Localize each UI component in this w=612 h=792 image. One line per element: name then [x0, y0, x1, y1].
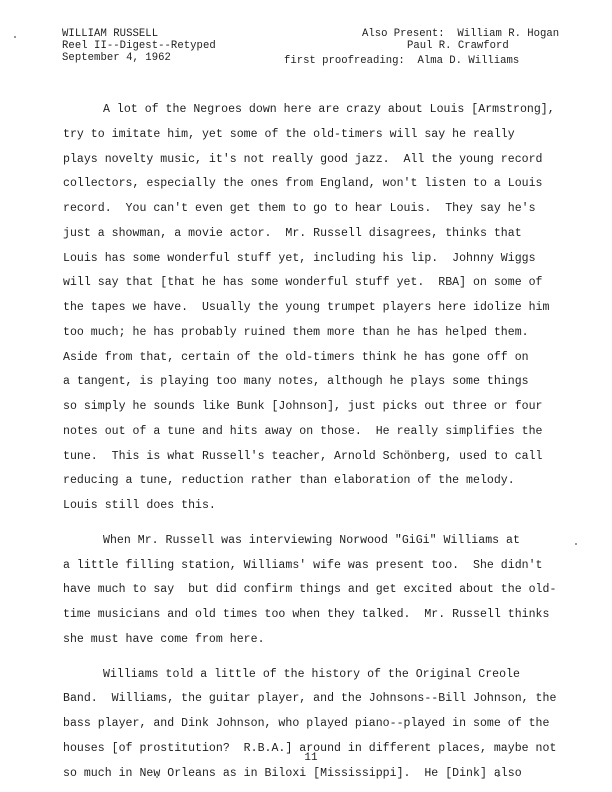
header-left-block: WILLIAM RUSSELL Reel II--Digest--Retyped… — [62, 28, 216, 65]
text-line: so simply he sounds like Bunk [Johnson],… — [63, 395, 603, 420]
text-line: Band. Williams, the guitar player, and t… — [63, 687, 603, 712]
text-line: Louis has some wonderful stuff yet, incl… — [63, 247, 603, 272]
text-line: have much to say but did confirm things … — [63, 578, 603, 603]
text-line: a little filling station, Williams' wife… — [63, 554, 603, 579]
page-number: 11 — [0, 752, 612, 764]
header-interviewee: WILLIAM RUSSELL — [62, 28, 216, 40]
paragraph: Williams told a little of the history of… — [63, 663, 603, 787]
header-date: September 4, 1962 — [62, 52, 216, 64]
text-line: Williams told a little of the history of… — [63, 663, 603, 688]
text-line: plays novelty music, it's not really goo… — [63, 148, 603, 173]
document-page: WILLIAM RUSSELL Reel II--Digest--Retyped… — [0, 0, 612, 792]
scan-speck — [14, 36, 16, 38]
text-line: record. You can't even get them to go to… — [63, 197, 603, 222]
scan-speck — [156, 776, 158, 778]
paragraph-gap — [63, 519, 603, 529]
scan-speck — [575, 543, 577, 545]
text-line: collectors, especially the ones from Eng… — [63, 172, 603, 197]
header-also-present-2: Paul R. Crawford — [407, 40, 509, 52]
text-line: notes out of a tune and hits away on tho… — [63, 420, 603, 445]
paragraph: A lot of the Negroes down here are crazy… — [63, 98, 603, 519]
text-line: try to imitate him, yet some of the old-… — [63, 123, 603, 148]
text-line: reducing a tune, reduction rather than e… — [63, 469, 603, 494]
text-line: will say that [that he has some wonderfu… — [63, 271, 603, 296]
paragraph-gap — [63, 653, 603, 663]
header-also-present: Also Present: William R. Hogan — [362, 28, 559, 40]
text-line: Aside from that, certain of the old-time… — [63, 346, 603, 371]
paragraph: When Mr. Russell was interviewing Norwoo… — [63, 529, 603, 653]
text-line: Louis still does this. — [63, 494, 603, 519]
text-line: the tapes we have. Usually the young tru… — [63, 296, 603, 321]
text-line: tune. This is what Russell's teacher, Ar… — [63, 445, 603, 470]
text-line: bass player, and Dink Johnson, who playe… — [63, 712, 603, 737]
document-body: A lot of the Negroes down here are crazy… — [63, 98, 603, 786]
header-reel: Reel II--Digest--Retyped — [62, 40, 216, 52]
header-proofreading: first proofreading: Alma D. Williams — [284, 55, 519, 67]
scan-speck — [497, 775, 499, 777]
text-line: When Mr. Russell was interviewing Norwoo… — [63, 529, 603, 554]
text-line: a tangent, is playing too many notes, al… — [63, 370, 603, 395]
text-line: too much; he has probably ruined them mo… — [63, 321, 603, 346]
text-line: A lot of the Negroes down here are crazy… — [63, 98, 603, 123]
text-line: just a showman, a movie actor. Mr. Russe… — [63, 222, 603, 247]
text-line: time musicians and old times too when th… — [63, 603, 603, 628]
text-line: she must have come from here. — [63, 628, 603, 653]
text-line: so much in New Orleans as in Biloxi [Mis… — [63, 762, 603, 787]
